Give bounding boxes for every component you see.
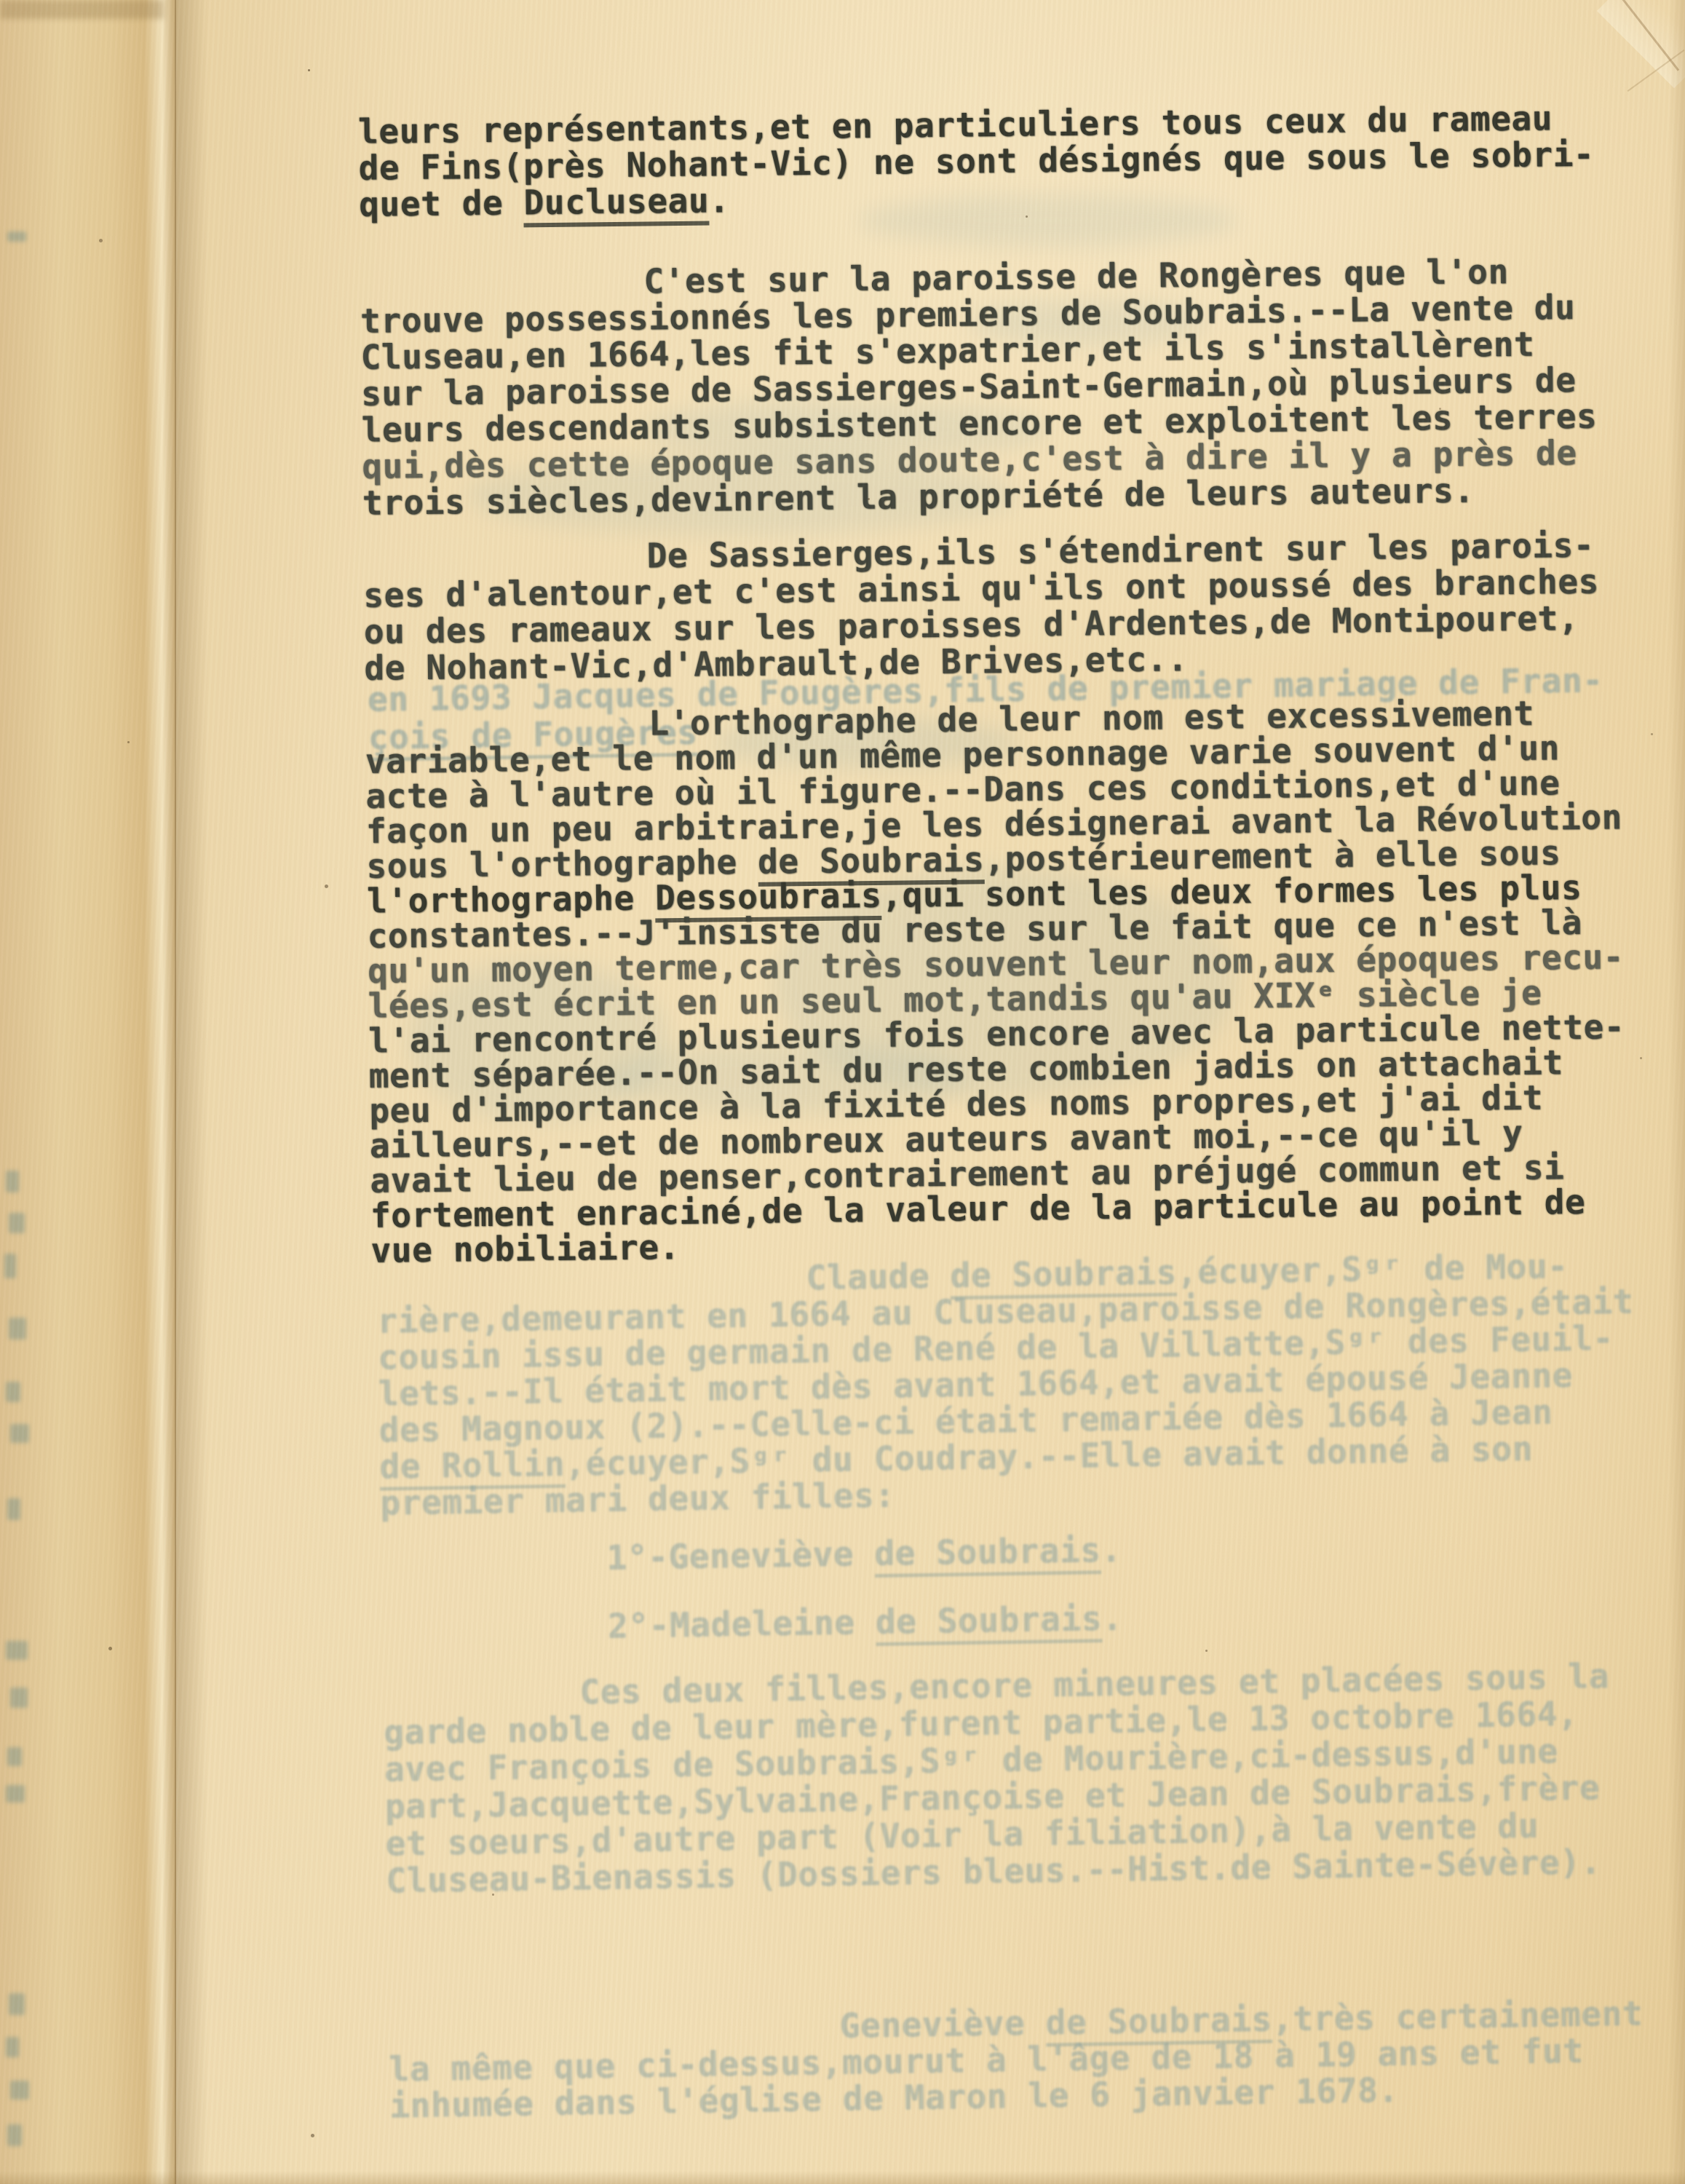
paper-specks [308, 69, 310, 71]
margin-ghost-mark [7, 232, 26, 242]
margin-ghost-mark [10, 1688, 28, 1708]
typed-text-segment: quet de [359, 183, 524, 224]
margin-ghost-mark [6, 1641, 28, 1660]
typed-line: quet de Ducluseau. [359, 183, 730, 224]
gutter-top-shadow [0, 0, 164, 19]
margin-ghost-mark [4, 1254, 16, 1278]
right-edge-shadow [1669, 0, 1685, 2184]
margin-ghost-mark [9, 1213, 25, 1233]
margin-ghost-mark [6, 1171, 19, 1192]
margin-ghost-mark [10, 2081, 29, 2100]
margin-ghost-mark [7, 1747, 22, 1766]
margin-ghost-mark [9, 1993, 25, 2015]
typed-text-segment: . [709, 181, 730, 220]
margin-ghost-mark [7, 2124, 22, 2146]
typed-line: de Nohant-Vic,d'Ambrault,de Brives,etc.. [364, 642, 1188, 688]
margin-ghost-mark [7, 1498, 20, 1520]
bottom-edge-shadow [0, 2171, 1685, 2184]
margin-ghost-mark [6, 1785, 25, 1803]
typed-line: trois siècles,devinrent la propriété de … [362, 474, 1475, 523]
margin-ghost-mark [9, 1318, 26, 1340]
margin-ghost-mark [6, 1382, 20, 1402]
margin-ghost-mark [6, 2037, 19, 2057]
underlined-name: Ducluseau [523, 181, 709, 228]
typed-line: vue nobiliaire. [370, 1230, 680, 1270]
scanned-typewritten-page: en 1693 Jacques de Fougères,fils de prem… [0, 0, 1685, 2184]
typed-text-layer: leurs représentants,et en particuliers t… [357, 0, 1685, 2184]
page-fold-shadow [175, 0, 208, 2184]
margin-ghost-mark [10, 1424, 29, 1443]
book-gutter-page-edge [0, 0, 176, 2184]
